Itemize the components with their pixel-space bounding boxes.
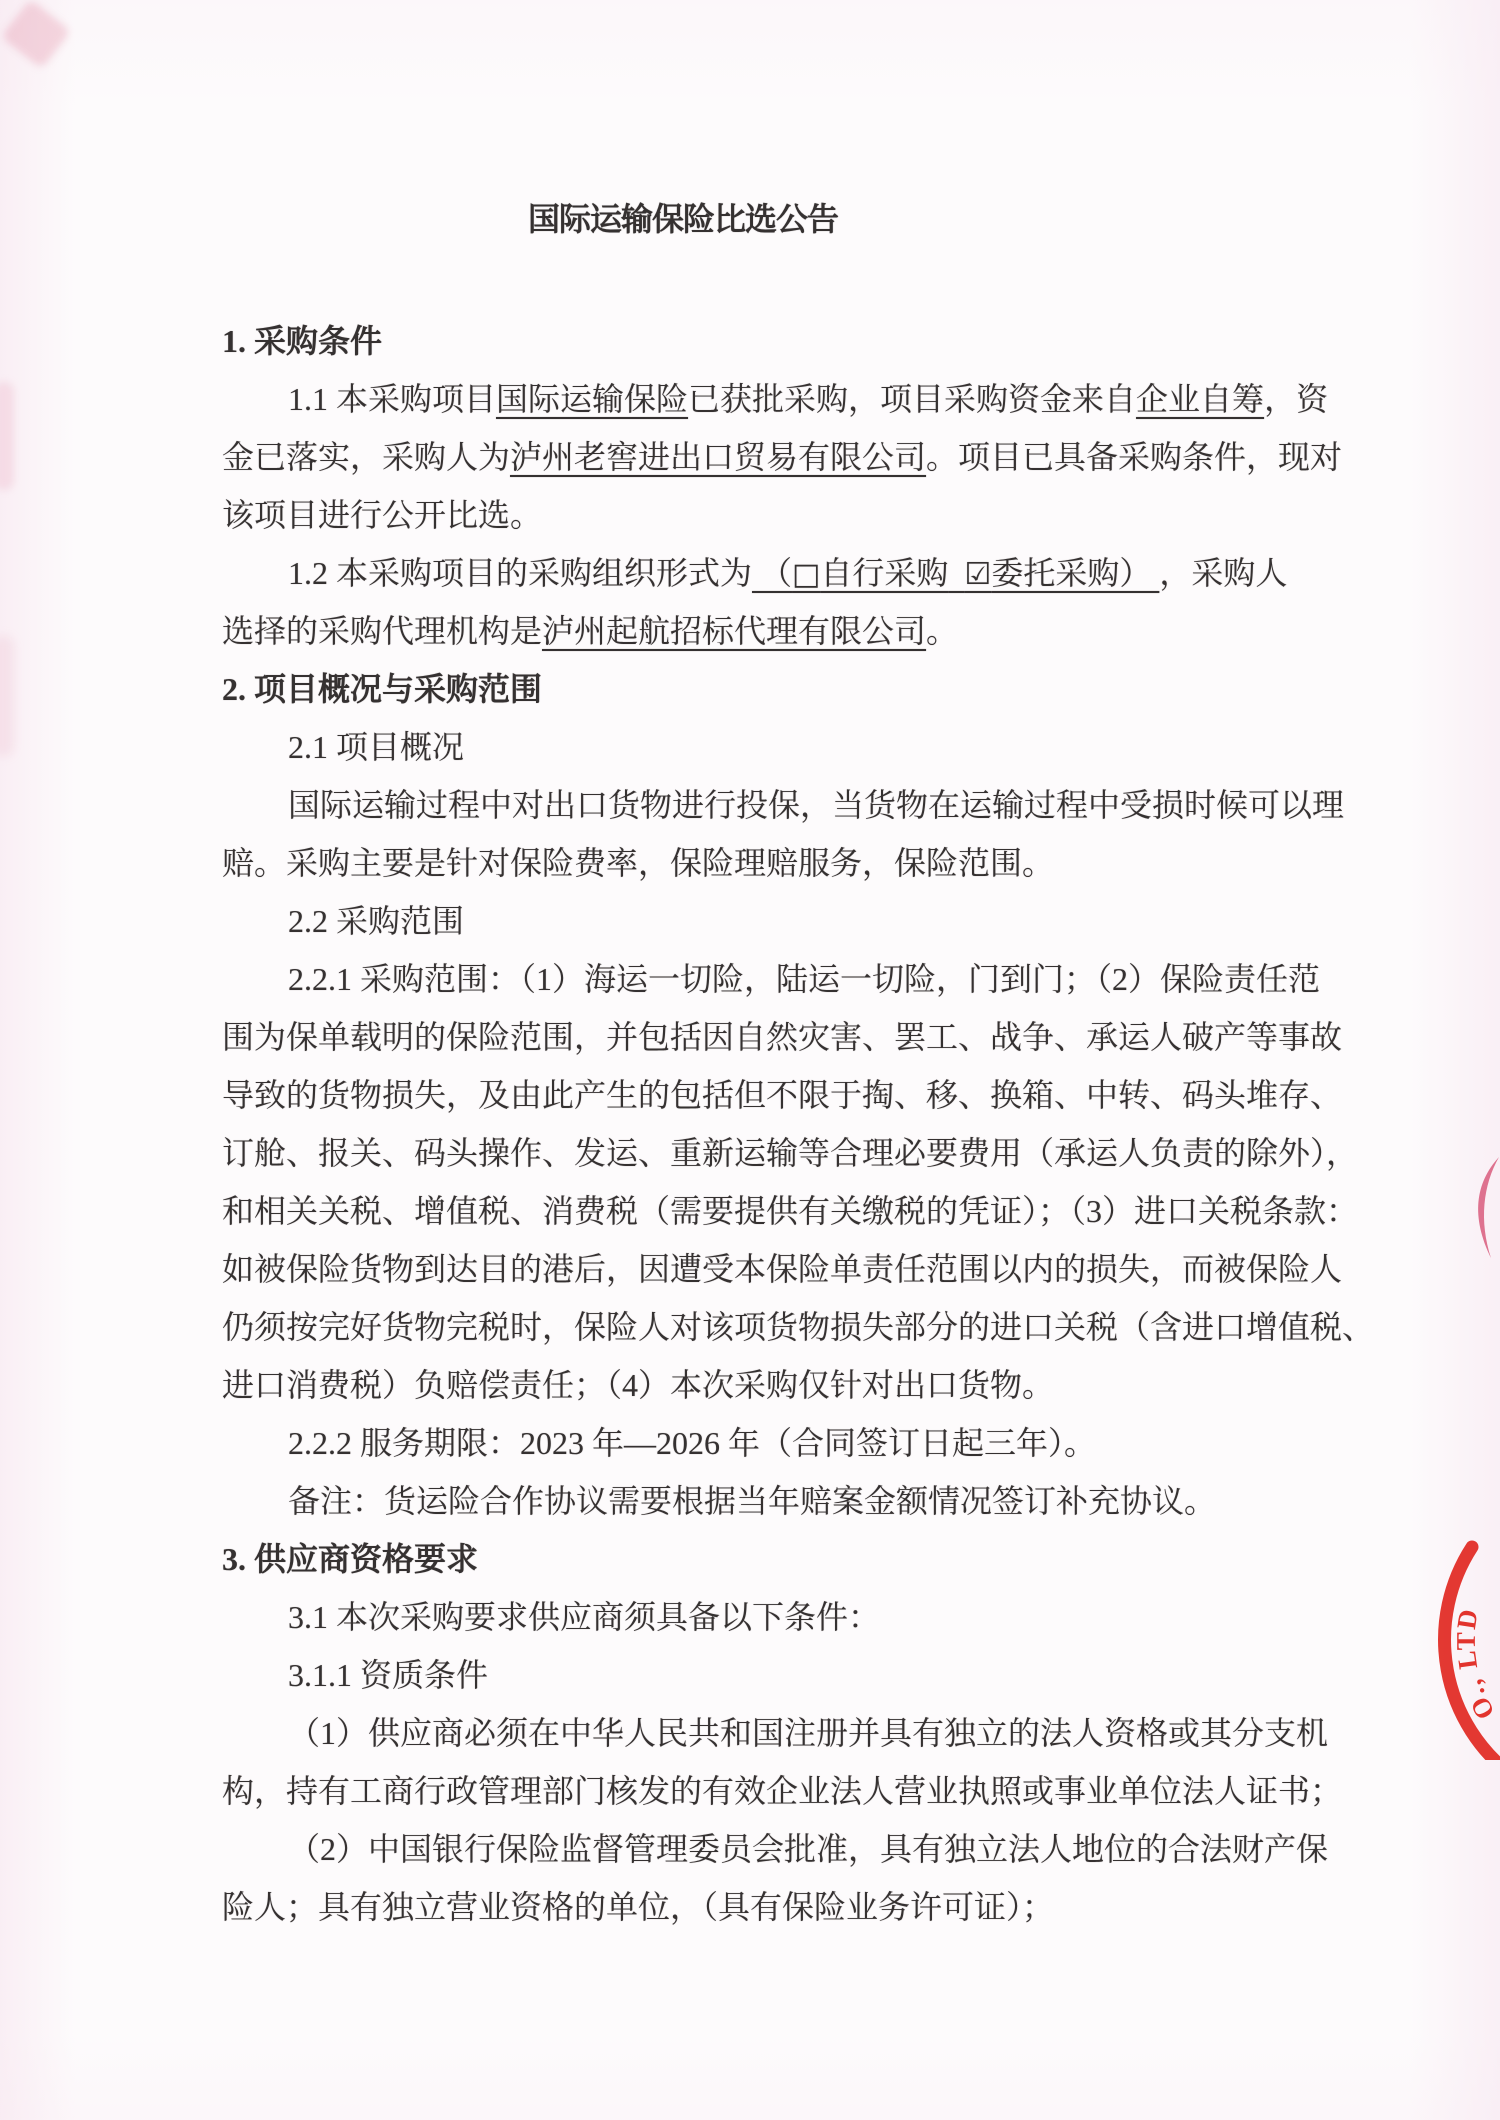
text-line: 如被保险货物到达目的港后，因遭受本保险单责任范围以内的损失，而被保险人 [222, 1240, 1286, 1298]
text-line: 赔。采购主要是针对保险费率，保险理赔服务，保险范围。 [222, 834, 1286, 892]
text-segment: 选择的采购代理机构是 [222, 613, 542, 649]
text-line: 险人；具有独立营业资格的单位，（具有保险业务许可证）； [222, 1878, 1286, 1936]
section-heading-line: 3. 供应商资格要求 [222, 1530, 1286, 1588]
text-segment: ，采购人 [1159, 555, 1287, 591]
text-segment: 和相关关税、增值税、消费税（需要提供有关缴税的凭证）；（3）进口关税条款： [222, 1193, 1358, 1229]
text-line: 金已落实，采购人为泸州老窖进出口贸易有限公司。项目已具备采购条件，现对 [222, 428, 1286, 486]
underlined-text-segment: 泸州起航招标代理有限公司 [542, 613, 926, 649]
underlined-text-segment: 委托采购） [991, 555, 1159, 591]
text-segment: 进口消费税）负赔偿责任；（4）本次采购仅针对出口货物。 [222, 1367, 1054, 1403]
text-line: 3.1 本次采购要求供应商须具备以下条件： [222, 1588, 1286, 1646]
checkbox-checked-icon: ☑ [964, 557, 991, 592]
text-segment: 国际运输过程中对出口货物进行投保，当货物在运输过程中受损时候可以理 [288, 787, 1344, 823]
text-segment: 2.2.2 服务期限：2023 年—2026 年（合同签订日起三年）。 [288, 1425, 1096, 1461]
text-segment: 金已落实，采购人为 [222, 439, 510, 475]
scanned-document-page: 国际运输保险比选公告 1. 采购条件1.1 本采购项目国际运输保险已获批采购，项… [0, 0, 1500, 2120]
text-line: 3.1.1 资质条件 [222, 1646, 1286, 1704]
text-segment: 3.1 本次采购要求供应商须具备以下条件： [288, 1599, 880, 1635]
text-segment: 构，持有工商行政管理部门核发的有效企业法人营业执照或事业单位法人证书； [222, 1773, 1342, 1809]
text-segment: 如被保险货物到达目的港后，因遭受本保险单责任范围以内的损失，而被保险人 [222, 1251, 1342, 1287]
text-line: 导致的货物损失，及由此产生的包括但不限于掏、移、换箱、中转、码头堆存、 [222, 1066, 1286, 1124]
scan-artifact [0, 382, 14, 490]
text-segment: ，资 [1264, 381, 1328, 417]
scan-artifact [1, 0, 72, 69]
text-segment: （2）中国银行保险监督管理委员会批准，具有独立法人地位的合法财产保 [288, 1831, 1328, 1867]
text-segment: 2. 项目概况与采购范围 [222, 671, 542, 707]
underlined-text-segment: （ [752, 555, 792, 591]
stamp-crescent-mark [1478, 1157, 1499, 1258]
text-segment: 仍须按完好货物完税时，保险人对该项货物损失部分的进口关税（含进口增值税、 [222, 1309, 1374, 1345]
text-segment: 1.2 本采购项目的采购组织形式为 [288, 555, 752, 591]
text-line: 构，持有工商行政管理部门核发的有效企业法人营业执照或事业单位法人证书； [222, 1762, 1286, 1820]
text-line: 进口消费税）负赔偿责任；（4）本次采购仅针对出口货物。 [222, 1356, 1286, 1414]
text-line: 2.2 采购范围 [222, 892, 1286, 950]
text-segment: 3. 供应商资格要求 [222, 1541, 478, 1577]
text-segment: 围为保单载明的保险范围，并包括因自然灾害、罢工、战争、承运人破产等事故 [222, 1019, 1342, 1055]
text-segment: 该项目进行公开比选。 [222, 497, 542, 533]
text-line: 2.2.1 采购范围：（1）海运一切险，陆运一切险，门到门；（2）保险责任范 [222, 950, 1286, 1008]
text-segment: 订舱、报关、码头操作、发运、重新运输等合理必要费用（承运人负责的除外）， [222, 1135, 1358, 1171]
stamp-fragment-upper [1462, 1155, 1500, 1260]
underlined-text-segment: 国际运输保险 [496, 381, 688, 417]
document-body: 1. 采购条件1.1 本采购项目国际运输保险已获批采购，项目采购资金来自企业自筹… [222, 312, 1286, 1936]
underlined-text-segment [948, 555, 964, 591]
underlined-text-segment: 泸州老窖进出口贸易有限公司 [510, 439, 926, 475]
text-line: 和相关关税、增值税、消费税（需要提供有关缴税的凭证）；（3）进口关税条款： [222, 1182, 1286, 1240]
text-segment: 导致的货物损失，及由此产生的包括但不限于掏、移、换箱、中转、码头堆存、 [222, 1077, 1342, 1113]
text-segment: 备注：货运险合作协议需要根据当年赔案金额情况签订补充协议。 [288, 1483, 1216, 1519]
text-segment: 2.2 采购范围 [288, 903, 464, 939]
text-segment: 2.2.1 采购范围：（1）海运一切险，陆运一切险，门到门；（2）保险责任范 [288, 961, 1320, 997]
text-segment: 。 [926, 613, 958, 649]
text-line: 1.1 本采购项目国际运输保险已获批采购，项目采购资金来自企业自筹，资 [222, 370, 1286, 428]
text-segment: （1）供应商必须在中华人民共和国注册并具有独立的法人资格或其分支机 [288, 1715, 1328, 1751]
text-line: 国际运输过程中对出口货物进行投保，当货物在运输过程中受损时候可以理 [222, 776, 1286, 834]
text-line: （1）供应商必须在中华人民共和国注册并具有独立的法人资格或其分支机 [222, 1704, 1286, 1762]
text-line: 仍须按完好货物完税时，保险人对该项货物损失部分的进口关税（含进口增值税、 [222, 1298, 1286, 1356]
stamp-fragment-lower: O., LTD [1428, 1520, 1500, 1760]
text-line: 围为保单载明的保险范围，并包括因自然灾害、罢工、战争、承运人破产等事故 [222, 1008, 1286, 1066]
text-segment: 。项目已具备采购条件，现对 [926, 439, 1342, 475]
text-segment: 2.1 项目概况 [288, 729, 464, 765]
underlined-text-segment: 企业自筹 [1136, 381, 1264, 417]
section-heading-line: 2. 项目概况与采购范围 [222, 660, 1286, 718]
text-line: （2）中国银行保险监督管理委员会批准，具有独立法人地位的合法财产保 [222, 1820, 1286, 1878]
text-line: 备注：货运险合作协议需要根据当年赔案金额情况签订补充协议。 [222, 1472, 1286, 1530]
text-line: 选择的采购代理机构是泸州起航招标代理有限公司。 [222, 602, 1286, 660]
section-heading-line: 1. 采购条件 [222, 312, 1286, 370]
text-line: 该项目进行公开比选。 [222, 486, 1286, 544]
text-segment: 已获批采购，项目采购资金来自 [688, 381, 1136, 417]
document-title: 国际运输保险比选公告 [528, 194, 838, 240]
text-segment: 1. 采购条件 [222, 323, 382, 359]
text-segment: 险人；具有独立营业资格的单位，（具有保险业务许可证）； [222, 1889, 1054, 1925]
text-line: 订舱、报关、码头操作、发运、重新运输等合理必要费用（承运人负责的除外）， [222, 1124, 1286, 1182]
text-line: 2.2.2 服务期限：2023 年—2026 年（合同签订日起三年）。 [222, 1414, 1286, 1472]
text-segment: 3.1.1 资质条件 [288, 1657, 488, 1693]
text-line: 1.2 本采购项目的采购组织形式为 （□自行采购 ☑委托采购） ，采购人 [222, 544, 1286, 602]
underlined-text-segment: 自行采购 [820, 555, 948, 591]
text-segment: 1.1 本采购项目 [288, 381, 496, 417]
text-segment: 赔。采购主要是针对保险费率，保险理赔服务，保险范围。 [222, 845, 1054, 881]
text-line: 2.1 项目概况 [222, 718, 1286, 776]
checkbox-unchecked-icon: □ [792, 557, 820, 592]
scan-artifact [0, 636, 14, 756]
